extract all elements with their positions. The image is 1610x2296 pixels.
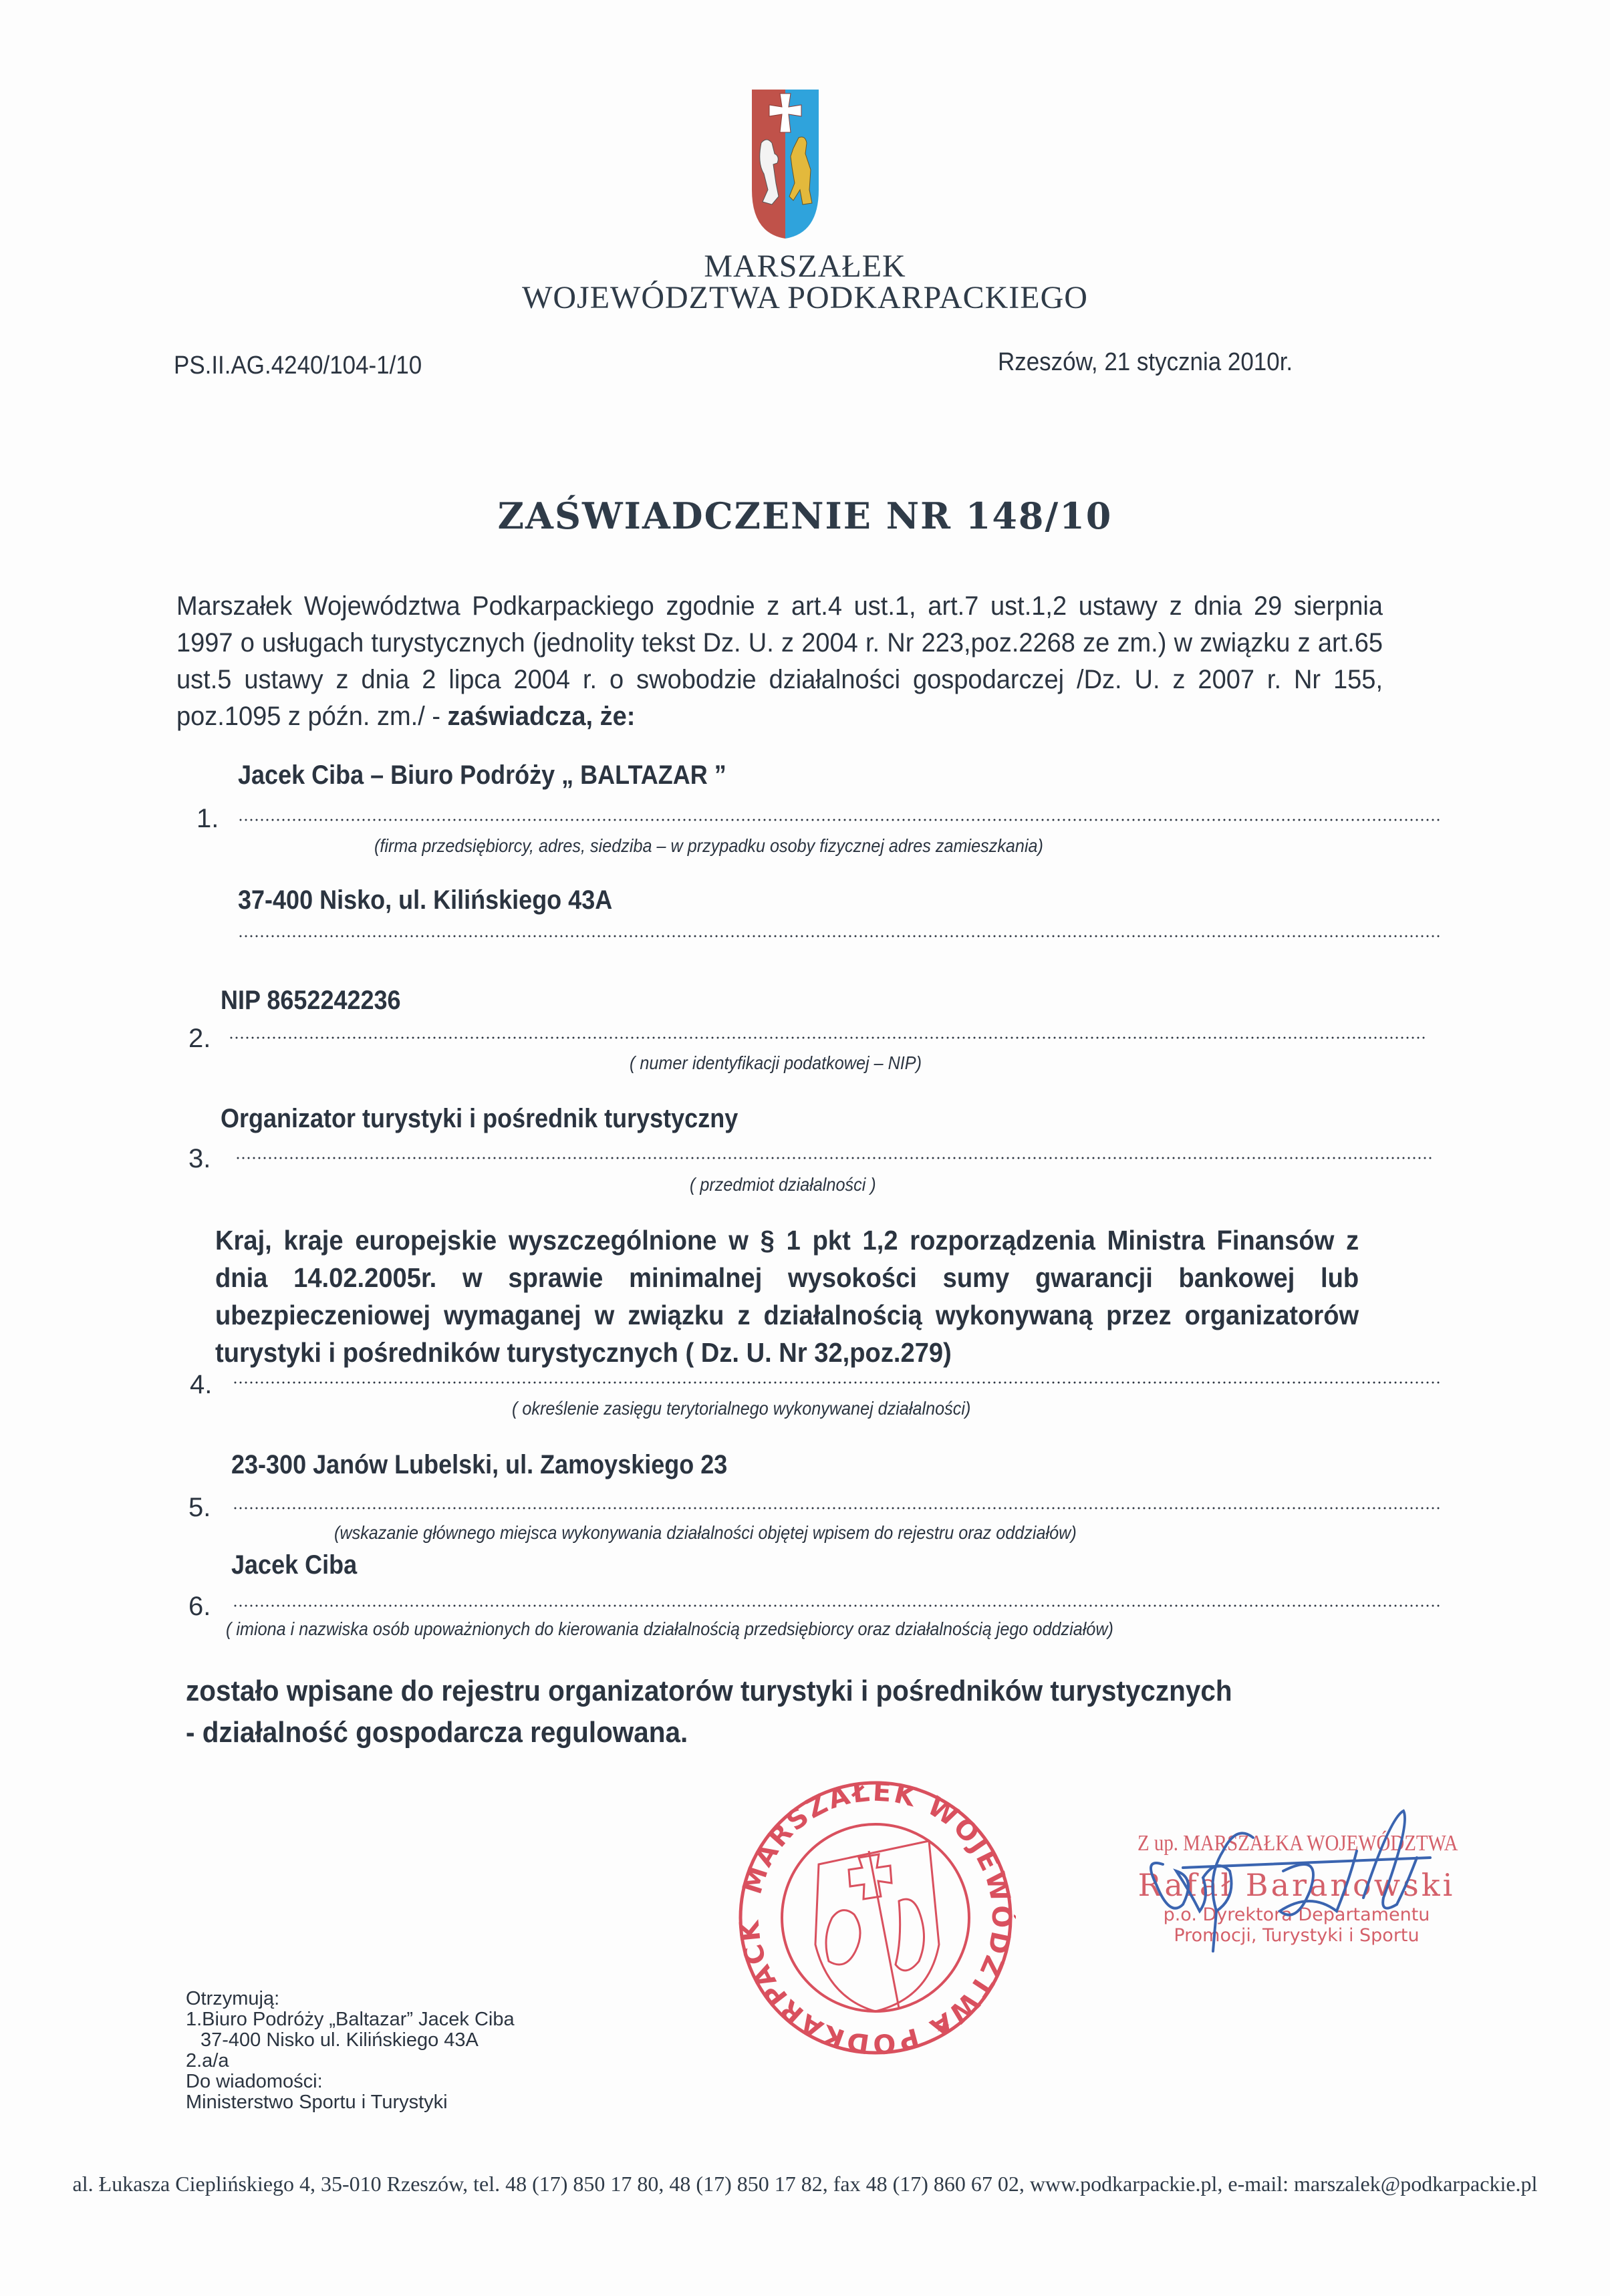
document-title: ZAŚWIADCZENIE NR 148/10	[0, 494, 1610, 537]
field-3-number: 3.	[188, 1144, 211, 1174]
cc-item: Ministerstwo Sportu i Turystyki	[186, 2092, 515, 2113]
recipients-heading: Otrzymują:	[186, 1989, 515, 2009]
field-1-dotted-line	[238, 818, 1441, 822]
field-5-number: 5.	[188, 1493, 211, 1523]
intro-text: Marszałek Województwa Podkarpackiego zgo…	[176, 591, 1383, 731]
field-6-caption: ( imiona i nazwiska osób upoważnionych d…	[226, 1618, 1113, 1640]
svg-text:✶: ✶	[936, 2018, 951, 2039]
field-5-value: 23-300 Janów Lubelski, ul. Zamoyskiego 2…	[231, 1450, 727, 1480]
field-2-dotted-line	[229, 1036, 1425, 1040]
conclusion-line1: zostało wpisane do rejestru organizatoró…	[186, 1671, 1232, 1712]
official-round-stamp: MARSZAŁEK WOJEWÓDZTWA PODKARPACKIEGO ✶	[735, 1777, 1016, 2058]
field-6-value: Jacek Ciba	[231, 1550, 357, 1580]
field-6-number: 6.	[188, 1592, 211, 1622]
field-4-number: 4.	[190, 1370, 212, 1400]
field-3-value: Organizator turystyki i pośrednik turyst…	[221, 1104, 738, 1134]
field-2-value: NIP 8652242236	[221, 986, 401, 1016]
signatory-position-line1: p.o. Dyrektora Departamentu	[1109, 1904, 1484, 1925]
field-1-number: 1.	[196, 804, 219, 834]
field-4-caption: ( określenie zasięgu terytorialnego wyko…	[512, 1398, 970, 1419]
signatory-name: Rafał Baranowski	[1109, 1867, 1484, 1903]
field-1-value-line1: Jacek Ciba – Biuro Podróży „ BALTAZAR ”	[238, 760, 726, 791]
field-4-value: Kraj, kraje europejskie wyszczególnione …	[215, 1222, 1359, 1371]
svg-text:MARSZAŁEK WOJEWÓDZTWA PODKARPA: MARSZAŁEK WOJEWÓDZTWA PODKARPACKIEGO	[735, 1777, 1016, 2058]
coat-of-arms-icon	[752, 90, 819, 239]
field-5-dotted-line	[233, 1506, 1442, 1510]
field-2-number: 2.	[188, 1024, 211, 1054]
field-4-dotted-line	[233, 1381, 1442, 1385]
field-3-caption: ( przedmiot działalności )	[690, 1174, 876, 1195]
header-title-line2: WOJEWÓDZTWA PODKARPACKIEGO	[0, 279, 1610, 316]
recipient-item-address: 37-400 Nisko ul. Kilińskiego 43A	[186, 2030, 515, 2051]
field-3-dotted-line	[235, 1156, 1432, 1160]
recipient-item: 1.Biuro Podróży „Baltazar” Jacek Ciba	[186, 2009, 515, 2030]
intro-paragraph: Marszałek Województwa Podkarpackiego zgo…	[176, 588, 1383, 735]
intro-emphasis: zaświadcza, że:	[448, 702, 636, 731]
signatory-position-line2: Promocji, Turystyki i Sportu	[1109, 1925, 1484, 1946]
recipients-block: Otrzymują: 1.Biuro Podróży „Baltazar” Ja…	[186, 1989, 515, 2113]
field-1-caption: (firma przedsiębiorcy, adres, siedziba –…	[374, 835, 1043, 857]
signature-authority: Z up. MARSZAŁKA WOJEWÓDZTWA	[1137, 1831, 1456, 1856]
place-and-date: Rzeszów, 21 stycznia 2010r.	[998, 348, 1293, 377]
signature-stamp: Z up. MARSZAŁKA WOJEWÓDZTWA Rafał Barano…	[1109, 1831, 1484, 1946]
field-5-caption: (wskazanie głównego miejsca wykonywania …	[334, 1522, 1077, 1544]
recipient-item: 2.a/a	[186, 2051, 515, 2071]
field-1-dotted-line-2	[238, 934, 1441, 938]
field-6-dotted-line	[233, 1604, 1442, 1608]
conclusion-line2: - działalność gospodarcza regulowana.	[186, 1712, 1232, 1753]
field-1-value-line2: 37-400 Nisko, ul. Kilińskiego 43A	[238, 885, 612, 915]
cc-heading: Do wiadomości:	[186, 2071, 515, 2092]
reference-number: PS.II.AG.4240/104-1/10	[174, 351, 422, 380]
field-2-caption: ( numer identyfikacji podatkowej – NIP)	[630, 1052, 922, 1074]
footer-contact-info: al. Łukasza Cieplińskiego 4, 35-010 Rzes…	[0, 2172, 1610, 2196]
conclusion: zostało wpisane do rejestru organizatoró…	[186, 1671, 1232, 1753]
